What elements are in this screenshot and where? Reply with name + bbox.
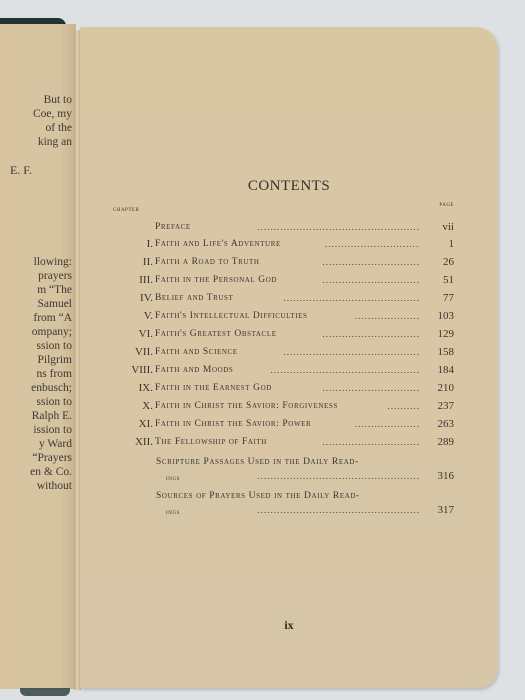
contents-page: CONTENTS CHAPTER PAGE Preface ..........… [80,27,498,688]
left-page-fragment: y Ward [39,438,72,452]
toc-chapter-title: Faith and Science [155,347,238,357]
left-page-fragment: enbusch; [31,382,72,396]
left-page-fragment: Pilgrim [37,354,72,368]
book-cover-bottom [20,688,70,696]
toc-appendix-entry: Sources of Prayers Used in the Daily Rea… [80,491,498,505]
page-title: CONTENTS [80,178,498,195]
toc-entry: Preface ................................… [80,222,498,236]
toc-page-number: 317 [438,504,455,516]
toc-chapter-title: Faith in the Earnest God [155,383,272,393]
toc-chapter-number: IV. [140,292,153,304]
toc-appendix-entry: Scripture Passages Used in the Daily Rea… [80,457,498,471]
toc-leader-dots: .............................. [310,383,420,393]
left-page-fragment: ssion to [37,340,72,354]
toc-appendix-entry-cont: ings ...................................… [80,505,498,519]
toc-page-number: 129 [438,328,455,340]
left-page-fragment: king an [38,136,72,150]
toc-page-number: 316 [438,470,455,482]
left-page-fragment: ission to [33,424,72,438]
toc-chapter-title: Faith's Intellectual Difficulties [155,311,308,321]
toc-chapter-number: X. [142,400,153,412]
toc-appendix-title: Scripture Passages Used in the Daily Rea… [156,457,359,467]
toc-leader-dots: ........................................… [260,365,420,375]
toc-page-number: 103 [438,310,455,322]
toc-page-number: 1 [449,238,455,250]
toc-entry: VIII. Faith and Moods ..................… [80,365,498,379]
toc-leader-dots: ........................................… [194,471,420,481]
toc-chapter-number: III. [139,274,153,286]
column-header-chapter: CHAPTER [113,204,139,213]
left-page-fragment: ns from [37,368,72,382]
toc-chapter-number: V. [144,310,153,322]
page-number: ix [80,618,498,633]
toc-entry: IX. Faith in the Earnest God ...........… [80,383,498,397]
toc-chapter-number: VIII. [131,364,153,376]
toc-entry: VII. Faith and Science .................… [80,347,498,361]
toc-page-number: 210 [438,382,455,394]
toc-page-number: 77 [443,292,454,304]
toc-page-number: 289 [438,436,455,448]
toc-entry: III. Faith in the Personal God .........… [80,275,498,289]
toc-leader-dots: .............................. [306,437,420,447]
toc-leader-dots: .............................. [325,239,420,249]
toc-chapter-title: Faith's Greatest Obstacle [155,329,277,339]
toc-page-number: vii [442,221,454,233]
toc-page-number: 51 [443,274,454,286]
toc-leader-dots: .............................. [312,329,420,339]
toc-page-number: 26 [443,256,454,268]
left-page-fragment: Samuel [38,298,73,312]
toc-leader-dots: ........................................… [194,505,420,515]
toc-entry: IV. Belief and Trust ...................… [80,293,498,307]
column-header-page: PAGE [439,199,454,208]
toc-chapter-number: I. [147,238,153,250]
toc-page-number: 184 [438,364,455,376]
left-page-fragment: ssion to [37,396,72,410]
toc-appendix-entry-cont: ings ...................................… [80,471,498,485]
toc-leader-dots: .............................. [307,257,420,267]
toc-leader-dots: .................... [350,419,420,429]
toc-entry: X. Faith in Christ the Savior: Forgivene… [80,401,498,415]
toc-chapter-number: XII. [135,436,153,448]
toc-appendix-title-cont: ings [166,507,180,516]
left-page-fragment: “Prayers [32,452,72,466]
toc-page-number: 158 [438,346,455,358]
left-page-fragment: m “The [37,284,72,298]
left-page-fragment: without [37,480,72,494]
toc-entry: XII. The Fellowship of Faith ...........… [80,437,498,451]
toc-chapter-title: Preface [155,222,191,232]
toc-entry: I. Faith and Life's Adventure ..........… [80,239,498,253]
left-page-fragment: ompany; [32,326,72,340]
toc-page-number: 237 [438,400,455,412]
toc-chapter-title: Belief and Trust [155,293,233,303]
toc-appendix-title: Sources of Prayers Used in the Daily Rea… [156,491,360,501]
toc-entry: VI. Faith's Greatest Obstacle ..........… [80,329,498,343]
toc-entry: II. Faith a Road to Truth ..............… [80,257,498,271]
toc-chapter-number: VI. [139,328,153,340]
toc-appendix-title-cont: ings [166,473,180,482]
toc-chapter-title: Faith a Road to Truth [155,257,260,267]
left-page-fragment: Coe, my [33,108,72,122]
toc-chapter-title: Faith in the Personal God [155,275,277,285]
left-page: But to Coe, my of the king an E. F. llow… [0,24,76,689]
left-page-signature: E. F. [10,164,32,178]
left-page-fragment: Ralph E. [32,410,72,424]
toc-chapter-title: The Fellowship of Faith [155,437,267,447]
toc-chapter-title: Faith and Moods [155,365,233,375]
toc-leader-dots: ........................................… [268,293,420,303]
toc-leader-dots: .......... [386,401,420,411]
toc-leader-dots: .............................. [320,275,420,285]
toc-chapter-number: IX. [139,382,153,394]
left-page-fragment: llowing: [34,256,72,270]
toc-entry: V. Faith's Intellectual Difficulties ...… [80,311,498,325]
toc-chapter-title: Faith in Christ the Savior: Power [155,419,311,429]
left-page-fragment: But to [44,94,72,108]
left-page-fragment: of the [45,122,72,136]
toc-chapter-title: Faith and Life's Adventure [155,239,281,249]
left-page-fragment: from “A [33,312,72,326]
toc-leader-dots: ........................................… [208,222,420,232]
toc-chapter-number: II. [143,256,153,268]
toc-chapter-title: Faith in Christ the Savior: Forgiveness [155,401,338,411]
toc-leader-dots: ........................................… [272,347,420,357]
left-page-fragment: en & Co. [30,466,72,480]
toc-chapter-number: VII. [135,346,153,358]
toc-leader-dots: .................... [350,311,420,321]
toc-page-number: 263 [438,418,455,430]
toc-chapter-number: XI. [139,418,153,430]
toc-entry: XI. Faith in Christ the Savior: Power ..… [80,419,498,433]
left-page-fragment: prayers [38,270,72,284]
